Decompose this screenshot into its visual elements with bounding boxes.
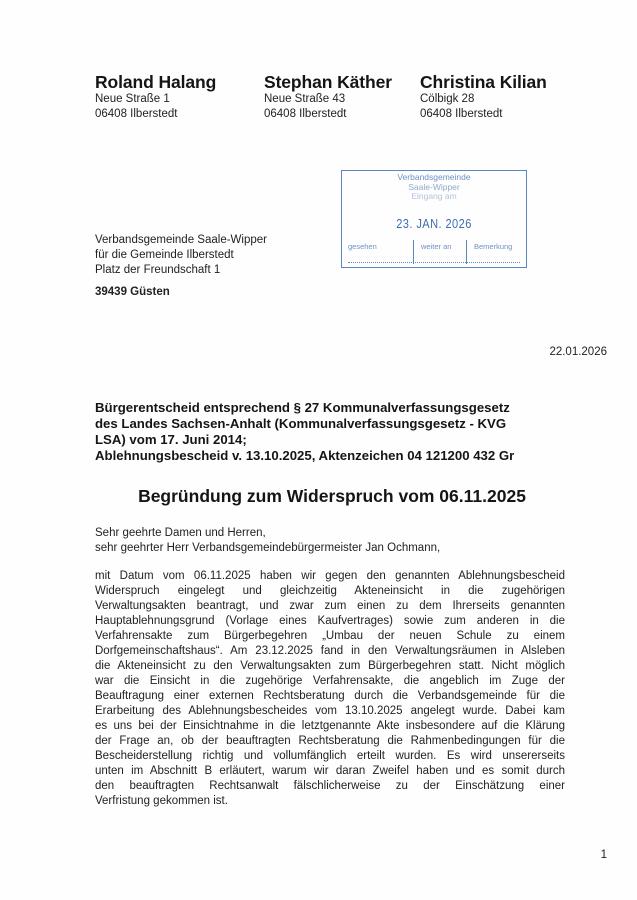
body-line: unten im Abschnitt B erläutert, warum wi… [95,764,565,779]
recipient-address: Verbandsgemeinde Saale-Wipper für die Ge… [95,233,267,300]
body-line: mit Datum vom 06.11.2025 haben wir gegen… [95,569,565,584]
stamp-field-seen: gesehen [348,242,377,251]
body-line: Hauptablehnungsgrund (Vorlage eines Kauf… [95,614,565,629]
body-line: die Akteneinsicht zu den Verwaltungsakte… [95,659,565,674]
sender-street: Cölbigk 28 [420,92,547,107]
body-line: Verfahrensakte zum Bürgerbegehren „Umbau… [95,629,565,644]
body-line: Erarbeitung des Ablehnungsbescheides vom… [95,704,565,719]
sender-name: Christina Kilian [420,72,547,92]
sender-street: Neue Straße 1 [95,92,216,107]
sender-city: 06408 Ilberstedt [264,107,392,122]
received-stamp: Verbandsgemeinde Saale-Wipper Eingang am… [341,170,527,268]
body-line: Bescheiderstellung richtig und vollumfän… [95,749,565,764]
body-line: Verfristung gekommen ist. [95,794,565,809]
letter-date: 22.01.2026 [549,346,607,358]
recipient-line: Verbandsgemeinde Saale-Wipper [95,233,267,248]
subject-text: des Landes Sachsen-Anhalt (Kommunalverfa… [95,416,585,432]
page-number: 1 [601,849,607,861]
stamp-fields: gesehen weiter an Bemerkung [342,242,526,268]
sender-city: 06408 Ilberstedt [95,107,216,122]
body-line: den beauftragten Rechtsanwalt fälschlich… [95,779,565,794]
body-line: Verwaltungsakten beantragt, und zwar zum… [95,599,565,614]
stamp-divider [466,240,467,264]
sender-name: Roland Halang [95,72,216,92]
body-line: der Frage an, ob der beauftragten Rechts… [95,734,565,749]
body-line: es uns bei der Einsichtnahme in die letz… [95,719,565,734]
stamp-field-remark: Bemerkung [474,242,512,251]
recipient-line: für die Gemeinde Ilberstedt [95,248,267,263]
document-page: Roland Halang Neue Straße 1 06408 Ilbers… [0,0,637,900]
stamp-field-forward: weiter an [421,242,451,251]
senders-header: Roland Halang Neue Straße 1 06408 Ilbers… [95,72,575,132]
body-paragraph: mit Datum vom 06.11.2025 haben wir gegen… [95,569,565,809]
recipient-city: 39439 Güsten [95,285,267,300]
stamp-org-line: Eingang am [342,192,526,202]
body-line: Widerspruch eingelegt und gleichzeitig A… [95,584,565,599]
salutation-line: Sehr geehrte Damen und Herren, [95,526,440,541]
recipient-line: Platz der Freundschaft 1 [95,263,267,278]
sender-block: Christina Kilian Cölbigk 28 06408 Ilbers… [420,72,547,122]
body-line: Dorfgemeinschaftshaus“. Am 23.12.2025 fa… [95,644,565,659]
body-line: Beauftragung einer externen Rechtsberatu… [95,689,565,704]
stamp-organization: Verbandsgemeinde Saale-Wipper Eingang am [342,173,526,202]
body-line: war die Einsicht in die zugehörige Verfa… [95,674,565,689]
subject-text: Bürgerentscheid entsprechend § 27 Kommun… [95,400,585,416]
subject-text: Ablehnungsbescheid v. 13.10.2025, Aktenz… [95,448,585,464]
sender-name: Stephan Käther [264,72,392,92]
sender-block: Roland Halang Neue Straße 1 06408 Ilbers… [95,72,216,122]
salutation-line: sehr geehrter Herr Verbandsgemeindebürge… [95,541,440,556]
stamp-date: 23. JAN. 2026 [356,216,512,231]
sender-street: Neue Straße 43 [264,92,392,107]
document-heading: Begründung zum Widerspruch vom 06.11.202… [0,486,637,507]
stamp-dotted-line [348,262,520,263]
stamp-divider [413,240,414,264]
sender-block: Stephan Käther Neue Straße 43 06408 Ilbe… [264,72,392,122]
subject-line: Bürgerentscheid entsprechend § 27 Kommun… [95,400,585,464]
sender-city: 06408 Ilberstedt [420,107,547,122]
salutation: Sehr geehrte Damen und Herren, sehr geeh… [95,526,440,556]
subject-text: LSA) vom 17. Juni 2014; [95,432,585,448]
